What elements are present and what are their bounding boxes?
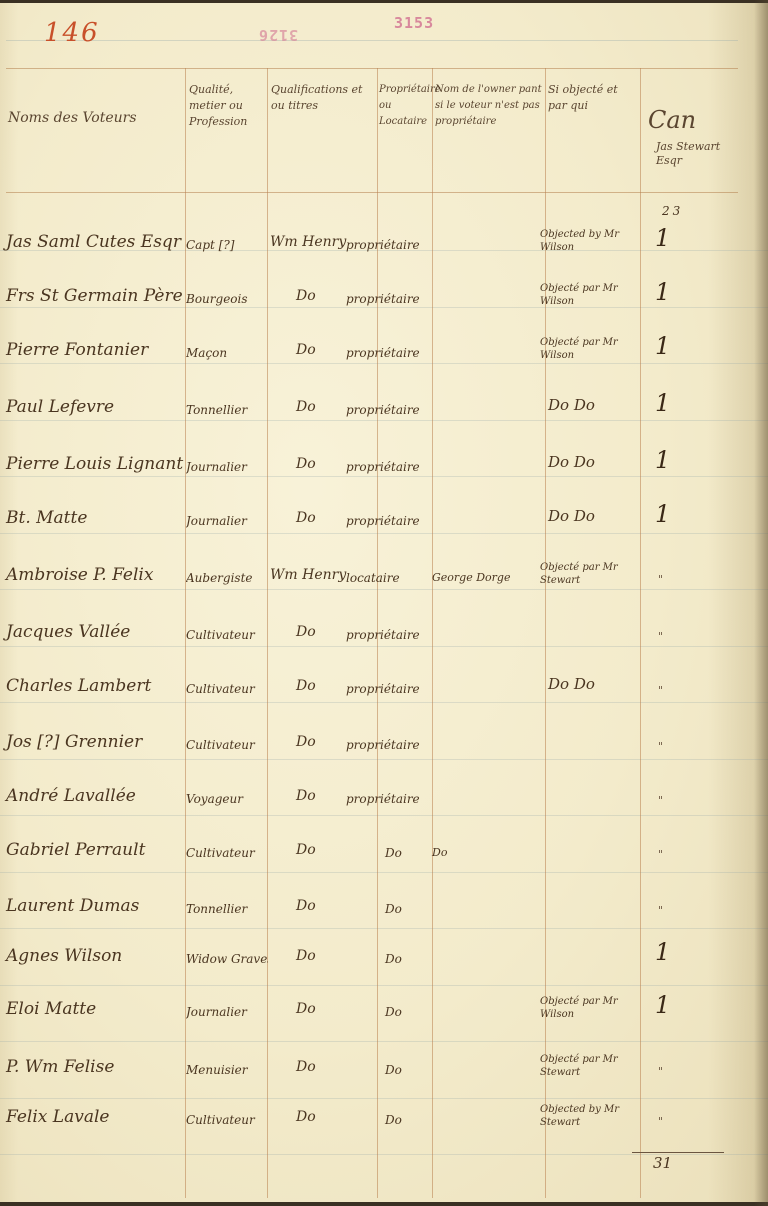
table-row: Agnes WilsonWidow GravesDoDo1 (0, 932, 768, 988)
voter-occupation: Menuisier (186, 1063, 268, 1077)
voter-occupation: Journalier (186, 1005, 268, 1019)
voter-name: Jacques Vallée (6, 622, 130, 642)
objection-note: Objecté par Mr Stewart (540, 1053, 630, 1079)
voter-name: Jas Saml Cutes Esqr (6, 232, 181, 252)
voter-occupation: Cultivateur (186, 738, 268, 752)
voter-occupation: Cultivateur (186, 1113, 268, 1127)
candidate-vote: 1 (655, 446, 670, 474)
header-label: Can (648, 106, 696, 134)
voter-name: Frs St Germain Père (6, 286, 183, 306)
candidate-vote: " (658, 630, 663, 643)
header-names: Noms des Voteurs (8, 110, 137, 126)
register-page: 146 3126 3153 Noms des Voteurs Qualité, … (0, 0, 768, 1206)
candidate-vote: 1 (655, 224, 670, 252)
voter-name: Paul Lefevre (6, 397, 114, 417)
objection-note: Objecté par Mr Wilson (540, 336, 630, 362)
voter-name: Laurent Dumas (6, 896, 139, 916)
table-row: Pierre Louis LignantJournalierDopropriét… (0, 440, 768, 496)
candidate-vote: " (658, 904, 663, 917)
header-label: Qualifications et ou titres (271, 83, 362, 112)
objection-note: Objecté par Mr Wilson (540, 995, 630, 1021)
folio-number: 146 (44, 18, 100, 48)
voter-tenure: propriétaire (346, 292, 456, 306)
objection-note: Do Do (548, 456, 595, 469)
candidate-vote: " (658, 1065, 663, 1078)
candidate-vote: 1 (655, 500, 670, 528)
voter-name: P. Wm Felise (6, 1057, 114, 1077)
header-objection: Si objecté et par qui (548, 82, 638, 114)
voter-occupation: Cultivateur (186, 682, 268, 696)
voter-name: André Lavallée (6, 786, 136, 806)
header-candidate-name: Jas Stewart Esqr (656, 140, 736, 168)
table-row: Ambroise P. FelixAubergisteWm Henrylocat… (0, 551, 768, 607)
voter-name: Jos [?] Grennier (6, 732, 142, 752)
candidate-vote: " (658, 848, 663, 861)
voter-name: Pierre Louis Lignant (6, 454, 183, 474)
voter-occupation: Capt [?] (186, 238, 268, 252)
voter-name: Felix Lavale (6, 1107, 109, 1127)
voter-occupation: Bourgeois (186, 292, 268, 306)
objection-note: Objected by Mr Stewart (540, 1103, 630, 1129)
table-row: Gabriel PerraultCultivateurDoDoDo" (0, 826, 768, 882)
voter-occupation: Journalier (186, 514, 268, 528)
voter-tenure: Do (385, 902, 495, 916)
voter-tenure: propriétaire (346, 460, 456, 474)
voter-tenure: Do (385, 1063, 495, 1077)
running-count: 23 (662, 204, 683, 218)
header-candidate: Can (648, 106, 696, 134)
archive-stamp: 3153 (394, 14, 434, 32)
table-row: P. Wm FeliseMenuisierDoDoObjecté par Mr … (0, 1043, 768, 1099)
mirrored-stamp: 3126 (258, 26, 298, 44)
header-label: Jas Stewart Esqr (656, 140, 720, 167)
voter-occupation: Journalier (186, 460, 268, 474)
objection-note: Do Do (548, 678, 595, 691)
voter-occupation: Widow Graves (186, 952, 268, 966)
table-row: Charles LambertCultivateurDopropriétaire… (0, 662, 768, 718)
property-owner: George Dorge (432, 571, 510, 584)
voter-occupation: Cultivateur (186, 628, 268, 642)
header-bottom-rule (6, 192, 738, 193)
voter-occupation: Voyageur (186, 792, 268, 806)
candidate-vote: 1 (655, 938, 670, 966)
top-margin-rule (6, 40, 738, 41)
objection-note: Objected by Mr Wilson (540, 228, 630, 254)
voter-occupation: Tonnellier (186, 902, 268, 916)
total-rule (632, 1152, 724, 1153)
voter-name: Charles Lambert (6, 676, 151, 696)
candidate-vote: " (658, 794, 663, 807)
candidate-vote: " (658, 1115, 663, 1128)
table-row: Bt. MatteJournalierDopropriétaireDo Do1 (0, 494, 768, 550)
ruled-line (0, 1041, 768, 1042)
voter-name: Agnes Wilson (6, 946, 122, 966)
page-edge-shadow (754, 0, 768, 1206)
header-top-rule (6, 68, 738, 69)
table-row: Pierre FontanierMaçonDopropriétaireObjec… (0, 326, 768, 382)
objection-note: Objecté par Mr Wilson (540, 282, 630, 308)
header-owner: Nom de l'owner pant si le voteur n'est p… (435, 82, 543, 130)
voter-tenure: Do (385, 1113, 495, 1127)
voter-tenure: Do (385, 1005, 495, 1019)
table-row: Laurent DumasTonnellierDoDo" (0, 882, 768, 938)
candidate-vote: 1 (655, 991, 670, 1019)
candidate-vote: 1 (655, 389, 670, 417)
voter-tenure: propriétaire (346, 346, 456, 360)
header-label: Qualité, metier ou Profession (189, 83, 247, 128)
candidate-vote: 1 (655, 278, 670, 306)
table-row: André LavalléeVoyageurDopropriétaire" (0, 772, 768, 828)
voter-name: Eloi Matte (6, 999, 96, 1019)
objection-note: Objecté par Mr Stewart (540, 561, 630, 587)
table-row: Frs St Germain PèreBourgeoisDopropriétai… (0, 272, 768, 328)
header-label: Noms des Voteurs (8, 110, 137, 126)
candidate-vote: " (658, 740, 663, 753)
table-row: Jos [?] GrennierCultivateurDopropriétair… (0, 718, 768, 774)
voter-tenure: propriétaire (346, 682, 456, 696)
voter-name: Ambroise P. Felix (6, 565, 153, 585)
page-total: 31 (653, 1154, 672, 1172)
candidate-vote: 1 (655, 332, 670, 360)
voter-name: Gabriel Perrault (6, 840, 145, 860)
table-row: Eloi MatteJournalierDoDoObjecté par Mr W… (0, 985, 768, 1041)
header-label: Si objecté et par qui (548, 83, 618, 112)
voter-tenure: propriétaire (346, 238, 456, 252)
voter-tenure: Do (385, 952, 495, 966)
header-label: Nom de l'owner pant si le voteur n'est p… (435, 84, 542, 127)
table-row: Jas Saml Cutes EsqrCapt [?]Wm Henrypropr… (0, 218, 768, 274)
objection-note: Do Do (548, 510, 595, 523)
candidate-vote: " (658, 684, 663, 697)
candidate-vote: " (658, 573, 663, 586)
header-tenure: Propriétaire ou Locataire (379, 82, 431, 130)
voter-occupation: Maçon (186, 346, 268, 360)
voter-tenure: propriétaire (346, 514, 456, 528)
voter-tenure: propriétaire (346, 628, 456, 642)
table-row: Jacques ValléeCultivateurDopropriétaire" (0, 608, 768, 664)
voter-name: Bt. Matte (6, 508, 87, 528)
header-occupation: Qualité, metier ou Profession (189, 82, 265, 130)
header-qualification: Qualifications et ou titres (271, 82, 375, 114)
table-row: Paul LefevreTonnellierDopropriétaireDo D… (0, 383, 768, 439)
voter-occupation: Aubergiste (186, 571, 268, 585)
voter-name: Pierre Fontanier (6, 340, 148, 360)
objection-note: Do Do (548, 399, 595, 412)
voter-tenure: propriétaire (346, 792, 456, 806)
property-owner: Do (432, 846, 447, 859)
voter-occupation: Tonnellier (186, 403, 268, 417)
table-row: Felix LavaleCultivateurDoDoObjected by M… (0, 1093, 768, 1149)
voter-tenure: propriétaire (346, 738, 456, 752)
voter-tenure: propriétaire (346, 403, 456, 417)
voter-occupation: Cultivateur (186, 846, 268, 860)
